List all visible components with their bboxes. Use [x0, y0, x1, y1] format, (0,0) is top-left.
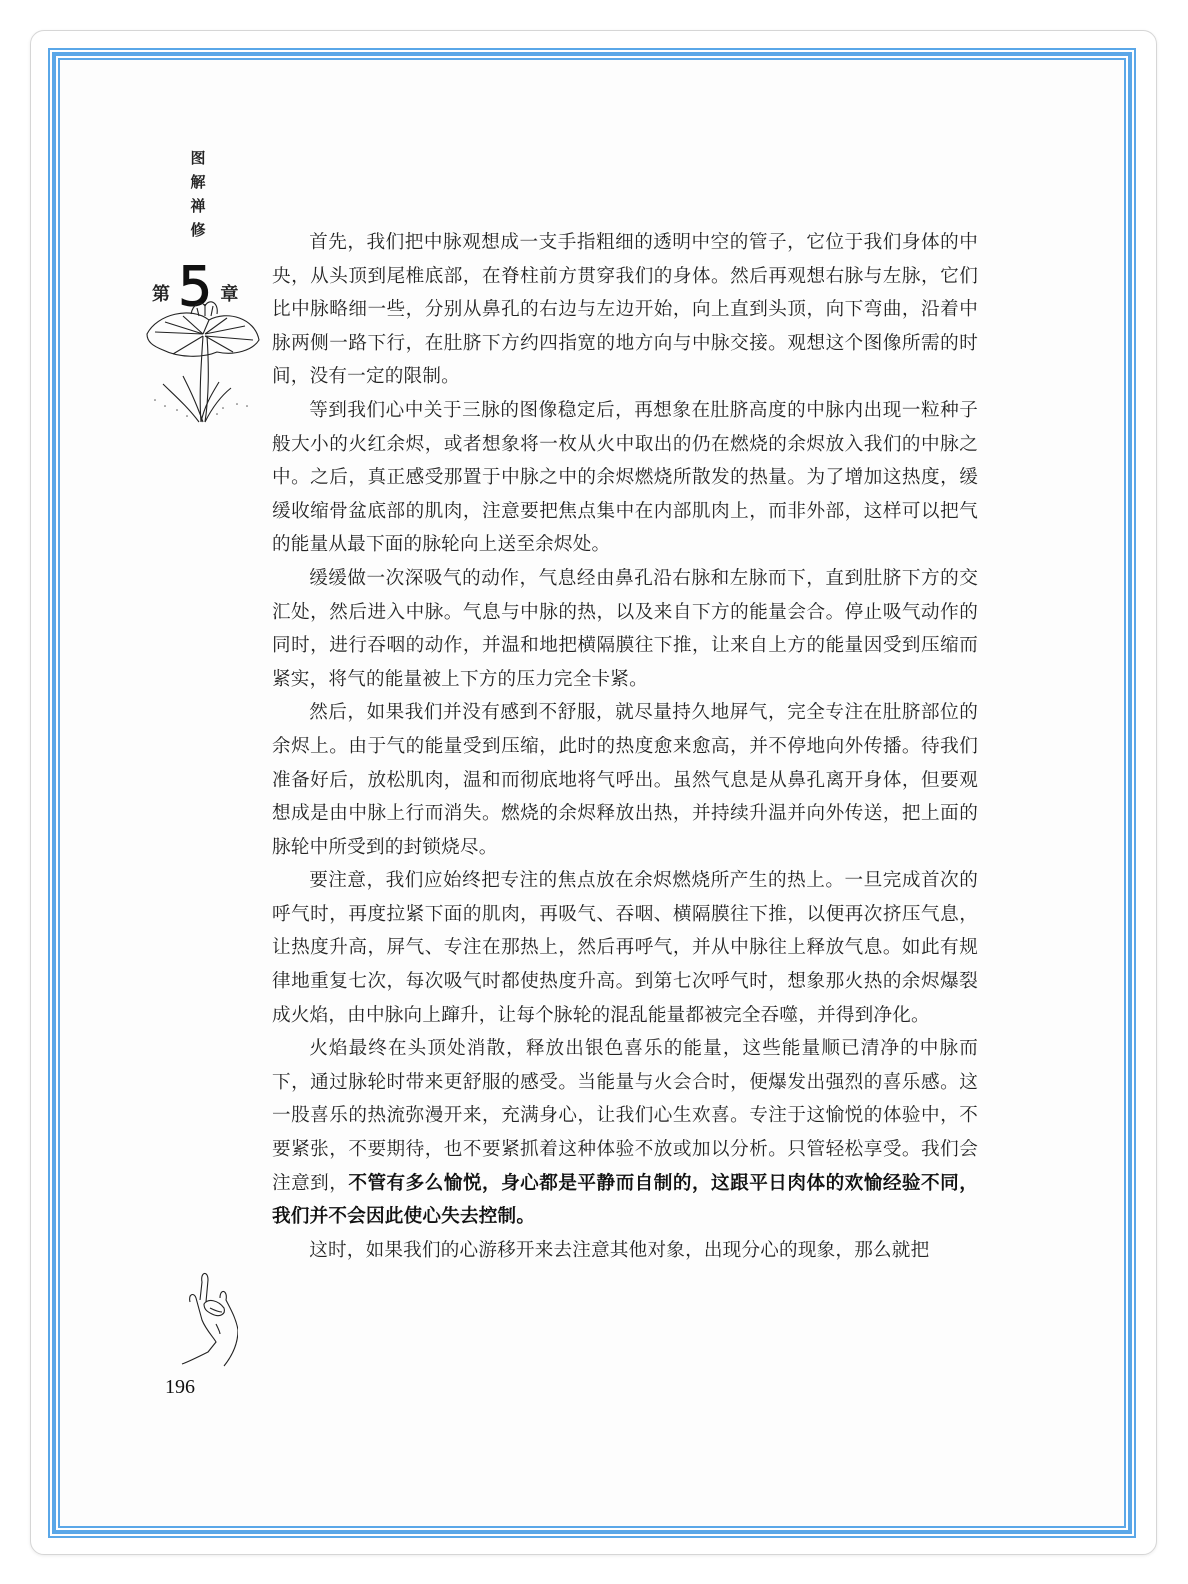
paragraph: 然后，如果我们并没有感到不舒服，就尽量持久地屏气，完全专注在肚脐部位的余烬上。由… — [272, 696, 978, 864]
series-title-char: 禅 — [186, 194, 210, 218]
series-title-vertical: 图 解 禅 修 — [186, 146, 210, 242]
paragraph: 等到我们心中关于三脉的图像稳定后，再想象在肚脐高度的中脉内出现一粒种子般大小的火… — [272, 394, 978, 562]
paragraph: 要注意，我们应始终把专注的焦点放在余烬燃烧所产生的热上。一旦完成首次的呼气时，再… — [272, 864, 978, 1032]
emphasized-text: 不管有多么愉悦，身心都是平静而自制的，这跟平日肉体的欢愉经验不同，我们并不会因此… — [272, 1173, 978, 1228]
body-text: 首先，我们把中脉观想成一支手指粗细的透明中空的管子，它位于我们身体的中央，从头顶… — [272, 226, 978, 1267]
paragraph: 火焰最终在头顶处消散，释放出银色喜乐的能量，这些能量顺已清净的中脉而下，通过脉轮… — [272, 1032, 978, 1234]
series-title-char: 修 — [186, 218, 210, 242]
series-title-char: 解 — [186, 170, 210, 194]
paragraph-text: 火焰最终在头顶处消散，释放出银色喜乐的能量，这些能量顺已清净的中脉而下，通过脉轮… — [272, 1038, 978, 1193]
page-number: 196 — [165, 1376, 195, 1399]
paragraph: 首先，我们把中脉观想成一支手指粗细的透明中空的管子，它位于我们身体的中央，从头顶… — [272, 226, 978, 394]
lotus-illustration-icon — [143, 296, 263, 426]
paragraph: 这时，如果我们的心游移开来去注意其他对象，出现分心的现象，那么就把 — [272, 1234, 978, 1268]
hand-mudra-illustration-icon — [168, 1268, 238, 1373]
paragraph: 缓缓做一次深吸气的动作，气息经由鼻孔沿右脉和左脉而下，直到肚脐下方的交汇处，然后… — [272, 562, 978, 696]
series-title-char: 图 — [186, 146, 210, 170]
